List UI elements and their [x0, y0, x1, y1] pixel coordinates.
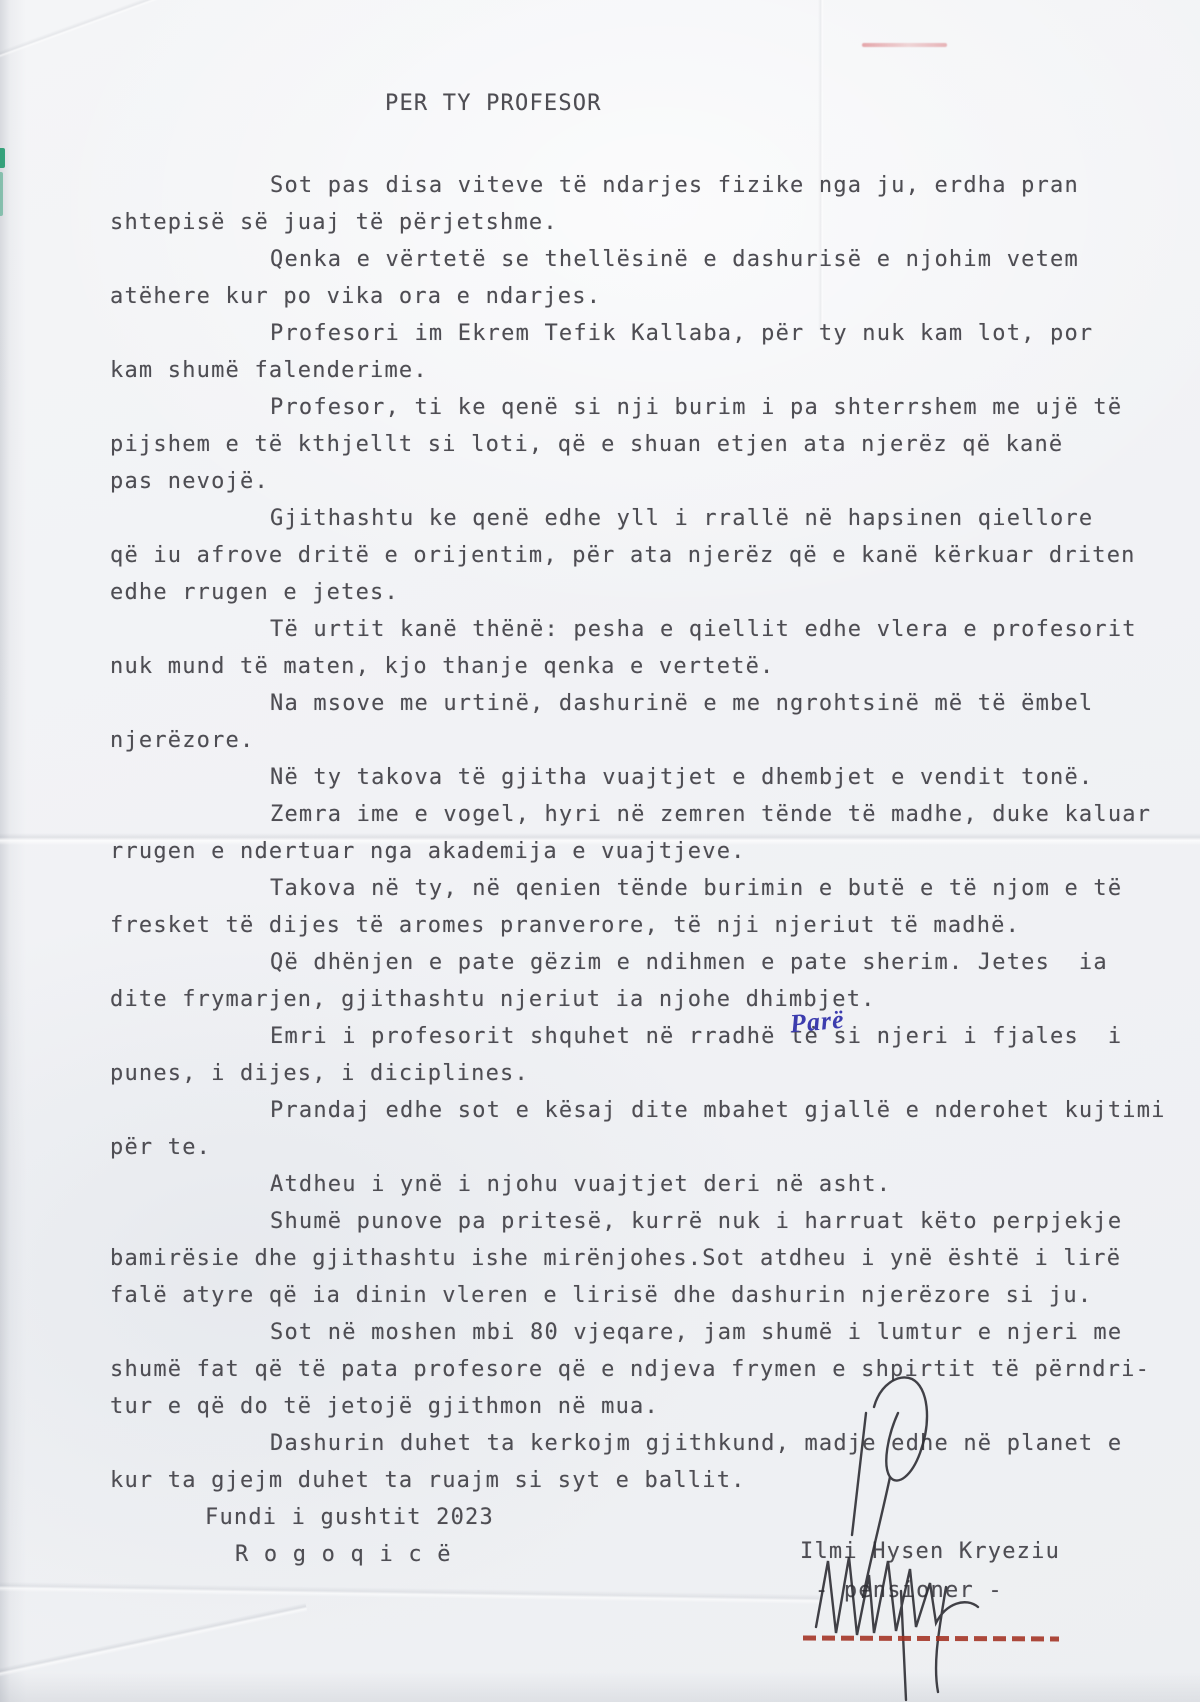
- letter-line: Prandaj edhe sot e kësaj dite mbahet gja…: [110, 1092, 1200, 1129]
- letter-line: nuk mund të maten, kjo thanje qenka e ve…: [110, 648, 1200, 685]
- letter-line: Në ty takova të gjitha vuajtjet e dhembj…: [110, 759, 1200, 796]
- letter-line: shumë fat që të pata profesore që e ndje…: [110, 1351, 1200, 1388]
- letter-line: rrugen e ndertuar nga akademija e vuajtj…: [110, 833, 1200, 870]
- letter-line: Sot në moshen mbi 80 vjeqare, jam shumë …: [110, 1314, 1200, 1351]
- letter-line: njerëzore.: [110, 722, 1200, 759]
- handwritten-signature: [770, 1365, 990, 1702]
- letter-line: falë atyre që ia dinin vleren e lirisë d…: [110, 1277, 1200, 1314]
- letter-line: Na msove me urtinë, dashurinë e me ngroh…: [110, 685, 1200, 722]
- letter-line: Dashurin duhet ta kerkojm gjithkund, mad…: [110, 1425, 1200, 1462]
- letter-line: Profesor, ti ke qenë si nji burim i pa s…: [110, 389, 1200, 426]
- letter-line: Atdheu i ynë i njohu vuajtjet deri në as…: [110, 1166, 1200, 1203]
- paper-edge-shadow: [0, 0, 26, 1702]
- letter-line: Sot pas disa viteve të ndarjes fizike ng…: [110, 167, 1200, 204]
- letter-line: dite frymarjen, gjithashtu njeriut ia nj…: [110, 981, 1200, 1018]
- letter-line: pijshem e të kthjellt si loti, që e shua…: [110, 426, 1200, 463]
- letter-line: Profesori im Ekrem Tefik Kallaba, për ty…: [110, 315, 1200, 352]
- letter-line: Zemra ime e vogel, hyri në zemren tënde …: [110, 796, 1200, 833]
- letter-line: Qenka e vërtetë se thellësinë e dashuris…: [110, 241, 1200, 278]
- handwritten-insertion-pare: Parë: [789, 1005, 846, 1040]
- letter-line: pas nevojë.: [110, 463, 1200, 500]
- letter-body: Sot pas disa viteve të ndarjes fizike ng…: [110, 167, 1200, 1573]
- letter-line: Gjithashtu ke qenë edhe yll i rrallë në …: [110, 500, 1200, 537]
- green-edge-mark-faint: [0, 172, 3, 216]
- paper-crease-bottom-left: [0, 1603, 307, 1682]
- letter-line: Emri i profesorit shquhet në rradhë të s…: [110, 1018, 1200, 1055]
- red-dashed-underline: [803, 1636, 1059, 1642]
- letter-line: tur e që do të jetojë gjithmon në mua.: [110, 1388, 1200, 1425]
- letter-line: për te.: [110, 1129, 1200, 1166]
- red-ink-smudge: [862, 43, 947, 47]
- letter-line: punes, i dijes, i diciplines.: [110, 1055, 1200, 1092]
- letter-line: kur ta gjejm duhet ta ruajm si syt e bal…: [110, 1462, 1200, 1499]
- letter-line: kam shumë falenderime.: [110, 352, 1200, 389]
- letter-line: bamirësie dhe gjithashtu ishe mirënjohes…: [110, 1240, 1200, 1277]
- letter-title: PER TY PROFESOR: [385, 92, 602, 116]
- letter-line: që iu afrove dritë e orijentim, për ata …: [110, 537, 1200, 574]
- paper-crease-lower: [0, 1582, 820, 1605]
- letter-line: Shumë punove pa pritesë, kurrë nuk i har…: [110, 1203, 1200, 1240]
- letter-line: Takova në ty, në qenien tënde burimin e …: [110, 870, 1200, 907]
- scanned-letter-page: { "letter": { "title": "PER TY PROFESOR"…: [0, 0, 1200, 1702]
- letter-line: Që dhënjen e pate gëzim e ndihmen e pate…: [110, 944, 1200, 981]
- green-edge-mark: [0, 148, 5, 168]
- letter-line: fresket të dijes të aromes pranverore, t…: [110, 907, 1200, 944]
- letter-line: edhe rrugen e jetes.: [110, 574, 1200, 611]
- letter-line: shtepisë së juaj të përjetshme.: [110, 204, 1200, 241]
- paper-crease-top-left: [0, 0, 213, 69]
- paper-bottom-shadow: [0, 1672, 1200, 1702]
- letter-date-line: Fundi i gushtit 2023: [110, 1499, 1200, 1536]
- letter-line: atëhere kur po vika ora e ndarjes.: [110, 278, 1200, 315]
- letter-line: Të urtit kanë thënë: pesha e qiellit edh…: [110, 611, 1200, 648]
